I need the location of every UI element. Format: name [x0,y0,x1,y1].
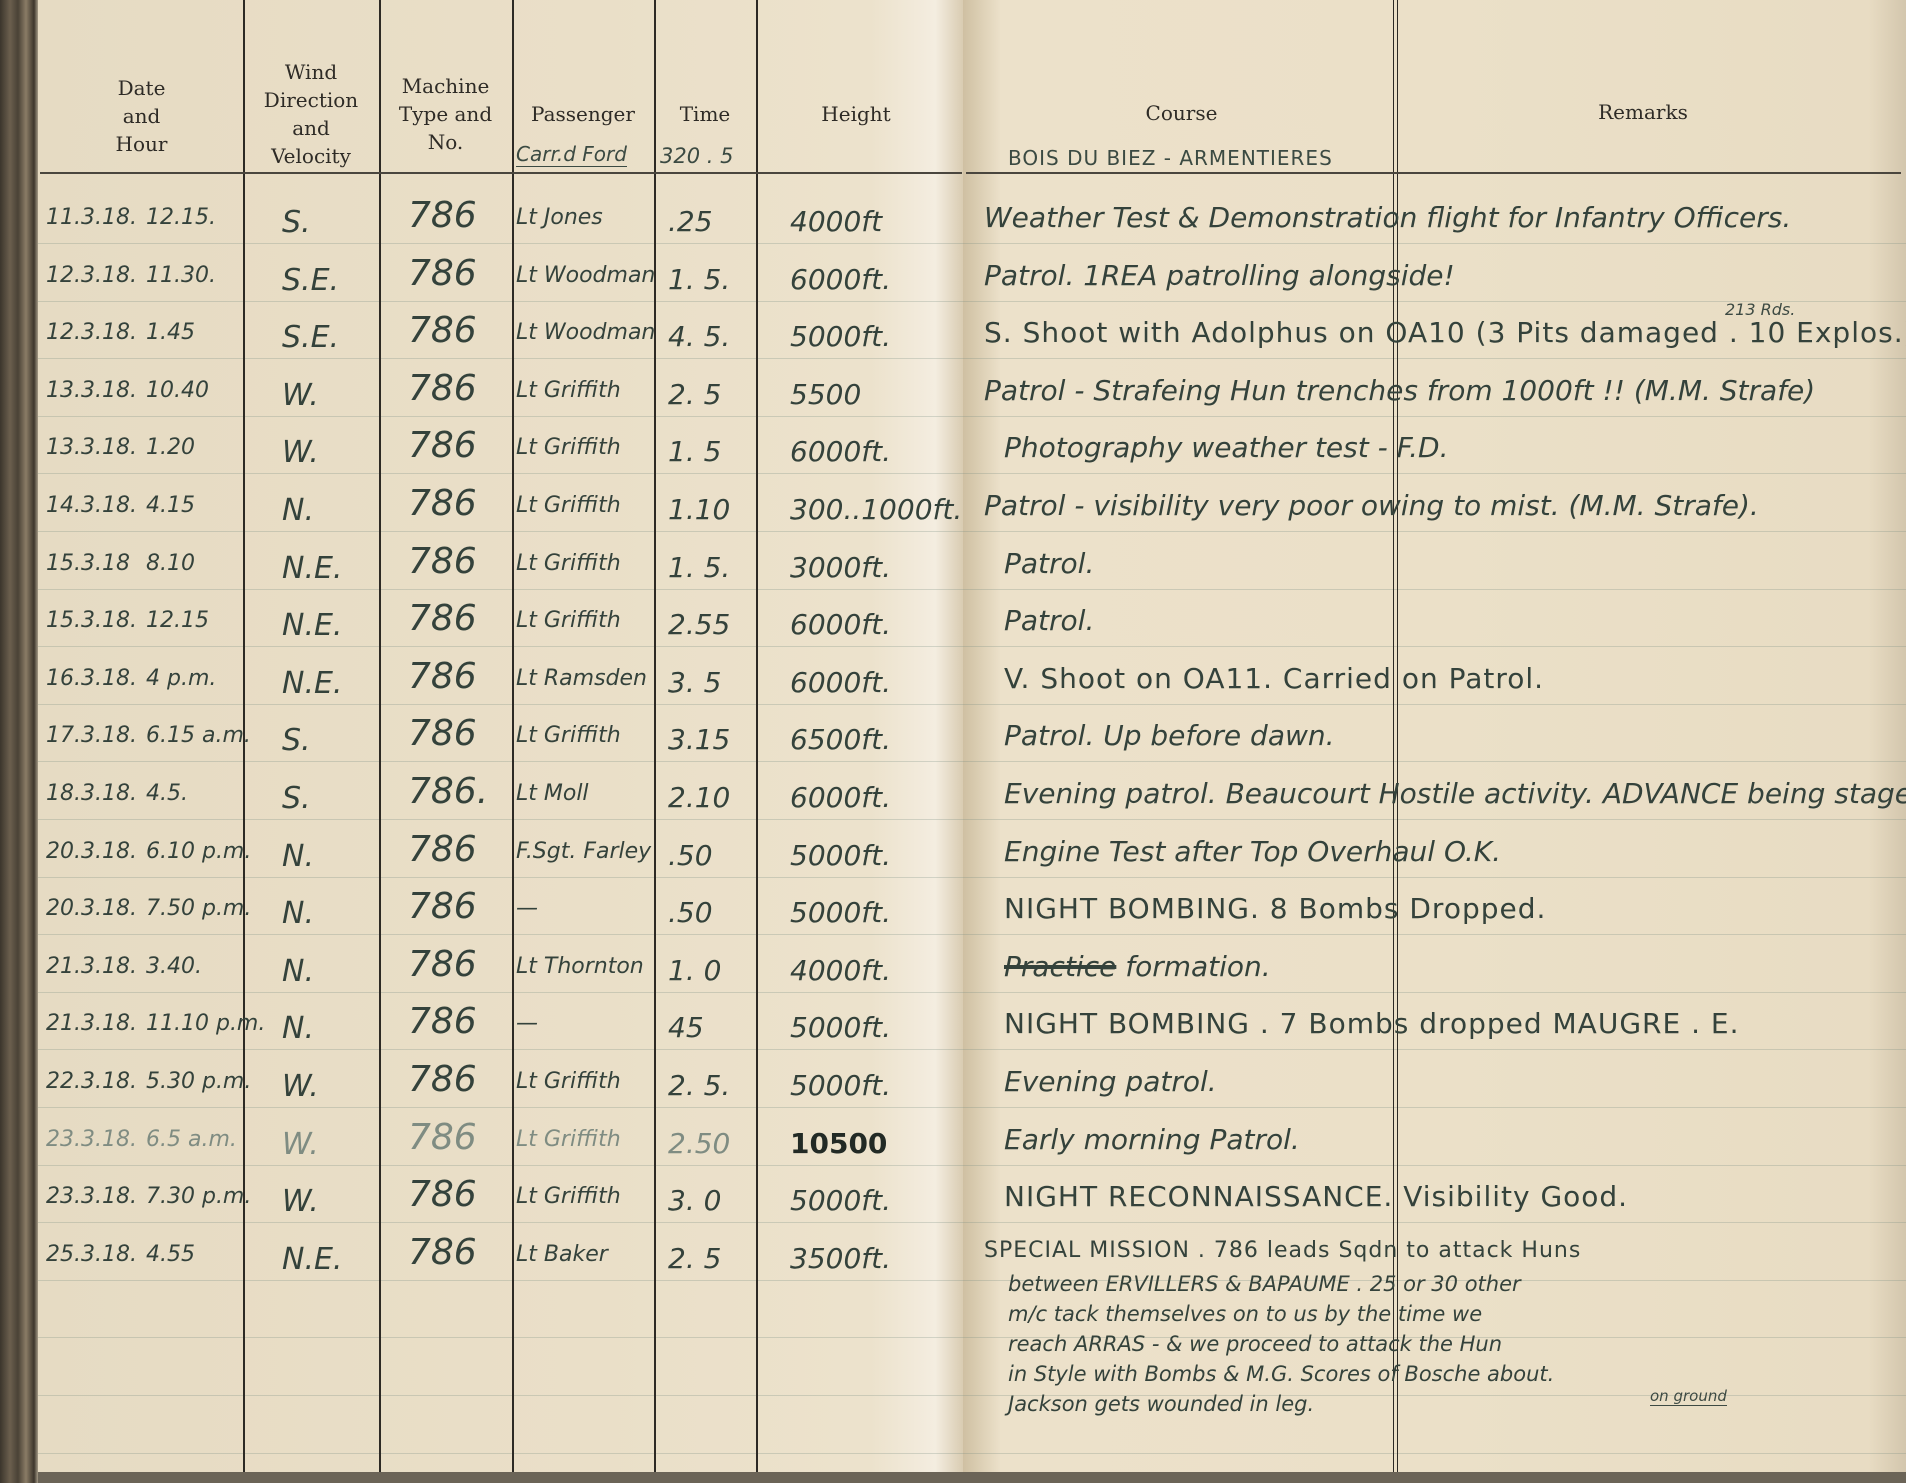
entry-hour: 10.40 [146,378,209,403]
entry-passenger: Lt Griffith [516,1127,621,1152]
entry-date: 13.3.18. [46,378,137,403]
entry-date: 23.3.18. [46,1127,137,1152]
entry-course: Engine Test after Top Overhaul O.K. [1004,835,1501,868]
ruled-line [963,1107,1906,1108]
ruled-line [38,358,963,359]
entry-passenger: Lt Griffith [516,493,621,518]
ruled-line [38,589,963,590]
header-wind: WindDirectionandVelocity [243,58,379,170]
ruled-line [38,819,963,820]
entry-time: 3. 5 [668,666,721,699]
entry-date: 17.3.18. [46,723,137,748]
carried-forward-time-total: 320 . 5 [660,144,733,168]
ruled-line [963,1049,1906,1050]
ruled-line [38,761,963,762]
entry-passenger: Lt Baker [516,1242,608,1267]
entry-time: 3.15 [668,723,730,756]
rounds-annotation: 213 Rds. [1725,300,1795,319]
entry-hour: 8.10 [146,551,195,576]
ruled-line [963,761,1906,762]
entry-height: 5000ft. [790,1184,891,1217]
entry-height: 6500ft. [790,723,891,756]
ruled-line [38,646,963,647]
entry-machine: 786 [408,1001,477,1042]
entry-hour: 6.15 a.m. [146,723,251,748]
entry-date: 15.3.18 [46,551,130,576]
header-passenger: Passenger [512,100,654,128]
entry-passenger: Lt Thornton [516,954,644,979]
ruled-line [38,1049,963,1050]
entry-height: 3500ft. [790,1242,891,1275]
entry-time: .50 [668,839,713,872]
entry-date: 25.3.18. [46,1242,137,1267]
special-mission-line: in Style with Bombs & M.G. Scores of Bos… [1008,1362,1554,1386]
entry-passenger: Lt Griffith [516,1069,621,1094]
entry-time: 2.55 [668,608,730,641]
ruled-line [963,1453,1906,1454]
entry-hour: 4.5. [146,781,188,806]
entry-date: 20.3.18. [46,839,137,864]
ruled-line [963,589,1906,590]
ruled-line [38,1222,963,1223]
entry-course: Practice formation. [1004,950,1271,983]
entry-hour: 1.45 [146,320,195,345]
entry-course: Patrol. Up before dawn. [1004,719,1335,752]
entry-time: 4. 5. [668,320,730,353]
entry-machine: 786. [408,771,488,812]
entry-machine: 786 [408,483,477,524]
entry-machine: 786 [408,195,477,236]
entry-time: .25 [668,205,713,238]
entry-time: 2. 5. [668,1069,730,1102]
entry-machine: 786 [408,253,477,294]
ruled-line [963,358,1906,359]
entry-passenger: Lt Moll [516,781,589,806]
entry-height: 6000ft. [790,781,891,814]
entry-height: 4000ft [790,205,882,238]
entry-course: Patrol. [1004,547,1094,580]
ruled-line [963,992,1906,993]
header-rule-right [966,172,1901,174]
ruled-line [38,992,963,993]
column-divider [379,0,381,1472]
entry-date: 11.3.18. [46,205,137,230]
entry-machine: 786 [408,541,477,582]
ruled-line [38,1165,963,1166]
special-mission-line: m/c tack themselves on to us by the time… [1008,1302,1482,1326]
entry-hour: 5.30 p.m. [146,1069,251,1094]
entry-machine: 786 [408,1059,477,1100]
header-course: Course [970,99,1393,127]
entry-height: 10500 [790,1127,887,1160]
ruled-line [38,531,963,532]
entry-course: NIGHT RECONNAISSANCE. Visibility Good. [1004,1180,1628,1213]
entry-course: Evening patrol. [1004,1065,1217,1098]
entry-hour: 12.15. [146,205,216,230]
entry-height: 4000ft. [790,954,891,987]
ruled-line [963,473,1906,474]
entry-date: 12.3.18. [46,263,137,288]
entry-passenger: Lt Griffith [516,723,621,748]
struck-text: Practice [1004,950,1116,983]
ruled-line [963,934,1906,935]
entry-machine: 786 [408,425,477,466]
header-remarks: Remarks [1398,98,1888,126]
entry-machine: 786 [408,886,477,927]
special-mission-line: Jackson gets wounded in leg. [1008,1392,1314,1416]
entry-time: 2.50 [668,1127,730,1160]
entry-passenger: F.Sgt. Farley [516,839,651,864]
entry-wind: N.E. [282,608,342,643]
ruled-line [38,1280,963,1281]
entry-time: 45 [668,1011,704,1044]
entry-machine: 786 [408,1232,477,1273]
entry-height: 5000ft. [790,320,891,353]
entry-wind: N. [282,896,314,931]
entry-wind: S. [282,781,311,816]
entry-time: 2. 5 [668,378,721,411]
entry-time: 3. 0 [668,1184,721,1217]
entry-course: Patrol. [1004,604,1094,637]
entry-machine: 786 [408,1174,477,1215]
entry-wind: S. [282,205,311,240]
entry-hour: 11.10 p.m. [146,1011,265,1036]
entry-wind: S.E. [282,320,339,355]
entry-passenger: Lt Griffith [516,608,621,633]
entry-time: 1. 5. [668,551,730,584]
entry-hour: 12.15 [146,608,209,633]
entry-course: SPECIAL MISSION . 786 leads Sqdn to atta… [984,1238,1581,1263]
header-rule-left [40,172,962,174]
entry-height: 5500 [790,378,861,411]
entry-time: 2. 5 [668,1242,721,1275]
entry-course: Early morning Patrol. [1004,1123,1300,1156]
header-machine: MachineType andNo. [379,72,512,156]
entry-height: 3000ft. [790,551,891,584]
entry-wind: S.E. [282,263,339,298]
entry-date: 22.3.18. [46,1069,137,1094]
entry-wind: W. [282,1069,319,1104]
entry-passenger: Lt Woodman [516,263,655,288]
entry-hour: 7.30 p.m. [146,1184,251,1209]
entry-machine: 786 [408,656,477,697]
ruled-line [38,301,963,302]
course-text: formation. [1125,950,1270,983]
special-mission-line: reach ARRAS - & we proceed to attack the… [1008,1332,1502,1356]
entry-wind: N.E. [282,1242,342,1277]
entry-passenger: Lt Griffith [516,1184,621,1209]
ruled-line [963,416,1906,417]
entry-wind: W. [282,435,319,470]
ruled-line [38,1453,963,1454]
entry-date: 20.3.18. [46,896,137,921]
entry-wind: N.E. [282,551,342,586]
header-date-hour: DateandHour [40,74,243,158]
entry-course: NIGHT BOMBING. 8 Bombs Dropped. [1004,892,1546,925]
entry-wind: N.E. [282,666,342,701]
entry-hour: 4.55 [146,1242,195,1267]
ruled-line [963,1165,1906,1166]
entry-date: 21.3.18. [46,954,137,979]
carried-forward-label: Carr.d Ford [516,142,627,167]
ruled-line [963,243,1906,244]
entry-machine: 786 [408,944,477,985]
entry-passenger: Lt Ramsden [516,666,647,691]
special-mission-line: between ERVILLERS & BAPAUME . 25 or 30 o… [1008,1272,1521,1296]
entry-height: 300..1000ft. [790,493,962,526]
entry-date: 18.3.18. [46,781,137,806]
entry-height: 6000ft. [790,666,891,699]
entry-height: 6000ft. [790,435,891,468]
entry-machine: 786 [408,310,477,351]
entry-height: 5000ft. [790,839,891,872]
entry-time: 1. 5 [668,435,721,468]
entry-date: 23.3.18. [46,1184,137,1209]
ruled-line [38,934,963,935]
entry-course: V. Shoot on OA11. Carried on Patrol. [1004,662,1544,695]
column-divider [756,0,758,1472]
entry-hour: 11.30. [146,263,216,288]
entry-height: 5000ft. [790,1069,891,1102]
entry-passenger: Lt Woodman [516,320,655,345]
entry-hour: 7.50 p.m. [146,896,251,921]
entry-date: 16.3.18. [46,666,137,691]
entry-hour: 1.20 [146,435,195,460]
entry-machine: 786 [408,598,477,639]
entry-hour: 3.40. [146,954,202,979]
entry-time: 1. 0 [668,954,721,987]
book-binding [0,0,40,1483]
entry-course: Photography weather test - F.D. [1004,431,1449,464]
ruled-line [38,473,963,474]
entry-hour: 6.10 p.m. [146,839,251,864]
entry-date: 13.3.18. [46,435,137,460]
entry-height: 5000ft. [790,896,891,929]
entry-wind: W. [282,1127,319,1162]
special-mission-sub-note: on ground [1650,1387,1727,1406]
entry-wind: N. [282,954,314,989]
entry-date: 12.3.18. [46,320,137,345]
entry-passenger: — [516,896,538,921]
header-time: Time [654,100,756,128]
entry-date: 14.3.18. [46,493,137,518]
entry-wind: W. [282,1184,319,1219]
entry-course: Weather Test & Demonstration flight for … [984,201,1791,234]
ruled-line [38,416,963,417]
entry-course: Patrol - visibility very poor owing to m… [984,489,1759,522]
ruled-line [963,531,1906,532]
ruled-line [963,704,1906,705]
entry-height: 6000ft. [790,608,891,641]
entry-course: NIGHT BOMBING . 7 Bombs dropped MAUGRE .… [1004,1007,1739,1040]
entry-date: 21.3.18. [46,1011,137,1036]
entry-wind: N. [282,839,314,874]
entry-hour: 6.5 a.m. [146,1127,237,1152]
entry-passenger: Lt Griffith [516,378,621,403]
entry-wind: W. [282,378,319,413]
ruled-line [38,243,963,244]
column-divider [512,0,514,1472]
ruled-line [963,1222,1906,1223]
entry-course: Patrol - Strafeing Hun trenches from 100… [984,374,1815,407]
entry-height: 6000ft. [790,263,891,296]
entry-wind: S. [282,723,311,758]
ruled-line [38,1337,963,1338]
entry-machine: 786 [408,713,477,754]
entry-passenger: Lt Griffith [516,551,621,576]
ruled-line [38,704,963,705]
entry-machine: 786 [408,1117,477,1158]
course-location: BOIS DU BIEZ - ARMENTIERES [1008,146,1333,170]
ruled-line [963,646,1906,647]
entry-time: 1.10 [668,493,730,526]
entry-passenger: Lt Jones [516,205,603,230]
entry-time: .50 [668,896,713,929]
entry-machine: 786 [408,368,477,409]
ruled-line [963,819,1906,820]
entry-course: S. Shoot with Adolphus on OA10 (3 Pits d… [984,316,1906,349]
entry-wind: N. [282,493,314,528]
entry-time: 1. 5. [668,263,730,296]
entry-wind: N. [282,1011,314,1046]
entry-passenger: — [516,1011,538,1036]
ruled-line [38,1107,963,1108]
entry-time: 2.10 [668,781,730,814]
entry-passenger: Lt Griffith [516,435,621,460]
header-height: Height [756,100,956,128]
entry-course: Patrol. 1REA patrolling alongside! [984,259,1455,292]
ruled-line [963,877,1906,878]
entry-date: 15.3.18. [46,608,137,633]
page-bottom-edge [38,1472,1906,1483]
entry-hour: 4 p.m. [146,666,216,691]
entry-hour: 4.15 [146,493,195,518]
ruled-line [38,877,963,878]
entry-machine: 786 [408,829,477,870]
ruled-line [38,1395,963,1396]
entry-course: Evening patrol. Beaucourt Hostile activi… [1004,777,1906,810]
entry-height: 5000ft. [790,1011,891,1044]
column-divider [654,0,656,1472]
